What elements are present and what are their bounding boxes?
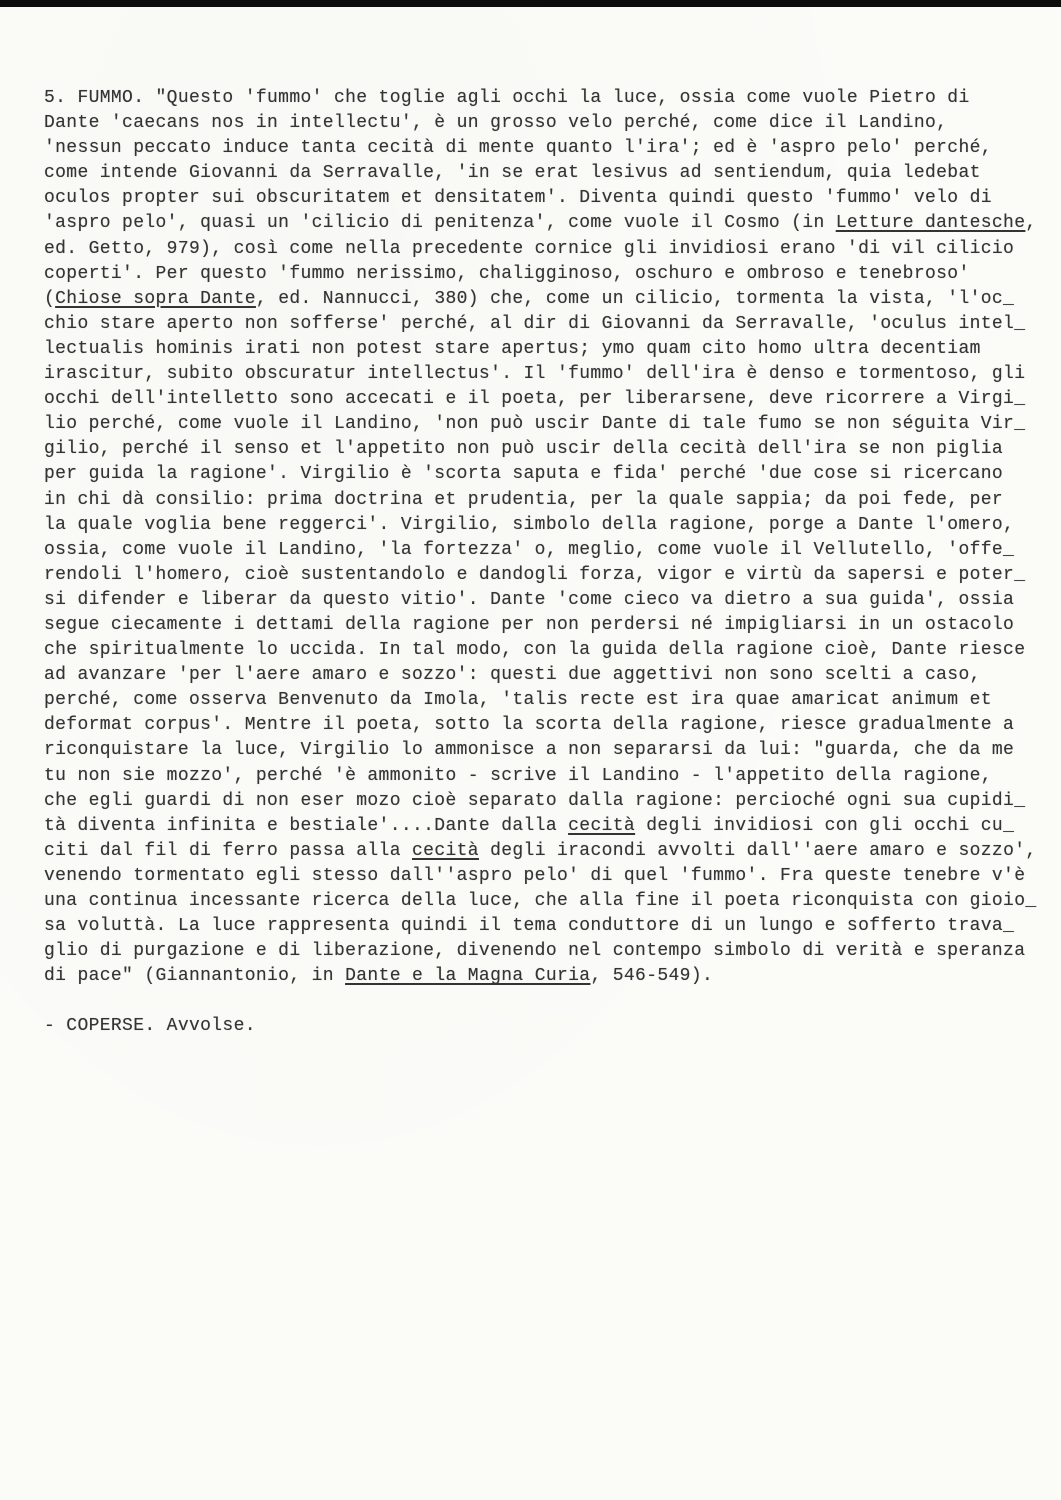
text-line: 'nessun peccato induce tanta cecità di m… [44, 136, 1049, 161]
text-segment: degli invidiosi con gli occhi cu_ [635, 816, 1014, 836]
text-line: lectualis hominis irati non potest stare… [44, 337, 1049, 362]
text-segment: la quale voglia bene reggerci'. Virgilio… [44, 515, 1014, 535]
document-lines: 5. FUMMO. "Questo 'fummo' che toglie agl… [44, 86, 1049, 989]
underlined-text: Letture dantesche [836, 213, 1026, 233]
text-line: di pace" (Giannantonio, in Dante e la Ma… [44, 964, 1049, 989]
text-segment: 'nessun peccato induce tanta cecità di m… [44, 138, 992, 158]
text-line: (Chiose sopra Dante, ed. Nannucci, 380) … [44, 287, 1049, 312]
underlined-text: Chiose sopra Dante [55, 289, 256, 309]
text-segment: tà diventa infinita e bestiale'....Dante… [44, 816, 568, 836]
text-segment: di pace" (Giannantonio, in [44, 966, 345, 986]
text-line: che egli guardi di non eser mozo cioè se… [44, 789, 1049, 814]
text-segment: come intende Giovanni da Serravalle, 'in… [44, 163, 981, 183]
text-segment: gilio, perché il senso et l'appetito non… [44, 439, 1003, 459]
text-line: citi dal fil di ferro passa alla cecità … [44, 839, 1049, 864]
text-line: deformat corpus'. Mentre il poeta, sotto… [44, 713, 1049, 738]
text-line: tà diventa infinita e bestiale'....Dante… [44, 814, 1049, 839]
text-segment: tu non sie mozzo', perché 'è ammonito - … [44, 766, 992, 786]
text-line: venendo tormentato egli stesso dall''asp… [44, 864, 1049, 889]
text-segment: chio stare aperto non sofferse' perché, … [44, 314, 1025, 334]
text-line: per guida la ragione'. Virgilio è 'scort… [44, 462, 1049, 487]
text-segment: ed. Getto, 979), così come nella precede… [44, 239, 1014, 259]
text-line: rendoli l'homero, cioè sustentandolo e d… [44, 563, 1049, 588]
text-line: sa voluttà. La luce rappresenta quindi i… [44, 914, 1049, 939]
text-segment: , [1025, 213, 1036, 233]
text-line: perché, come osserva Benvenuto da Imola,… [44, 688, 1049, 713]
text-line: ad avanzare 'per l'aere amaro e sozzo': … [44, 663, 1049, 688]
text-line: ossia, come vuole il Landino, 'la fortez… [44, 538, 1049, 563]
text-segment: 5. FUMMO. "Questo 'fummo' che toglie agl… [44, 88, 970, 108]
text-segment: 'aspro pelo', quasi un 'cilicio di penit… [44, 213, 836, 233]
text-line: oculos propter sui obscuritatem et densi… [44, 186, 1049, 211]
text-line: Dante 'caecans nos in intellectu', è un … [44, 111, 1049, 136]
underlined-text: cecità [412, 841, 479, 861]
text-segment: venendo tormentato egli stesso dall''asp… [44, 866, 1025, 886]
text-segment: che spiritualmente lo uccida. In tal mod… [44, 640, 1025, 660]
text-line: gilio, perché il senso et l'appetito non… [44, 437, 1049, 462]
text-segment: segue ciecamente i dettami della ragione… [44, 615, 1014, 635]
text-line: ed. Getto, 979), così come nella precede… [44, 237, 1049, 262]
text-segment: rendoli l'homero, cioè sustentandolo e d… [44, 565, 1025, 585]
text-segment: lio perché, come vuole il Landino, 'non … [44, 414, 1025, 434]
text-line: come intende Giovanni da Serravalle, 'in… [44, 161, 1049, 186]
text-segment: ad avanzare 'per l'aere amaro e sozzo': … [44, 665, 981, 685]
final-entry-line: - COPERSE. Avvolse. [44, 1014, 1049, 1039]
text-segment: coperti'. Per questo 'fummo nerissimo, c… [44, 264, 970, 284]
text-line: lio perché, come vuole il Landino, 'non … [44, 412, 1049, 437]
text-line: una continua incessante ricerca della lu… [44, 889, 1049, 914]
text-segment: si difender e liberar da questo vitio'. … [44, 590, 1014, 610]
text-segment: citi dal fil di ferro passa alla [44, 841, 412, 861]
text-segment: per guida la ragione'. Virgilio è 'scort… [44, 464, 1003, 484]
text-segment: glio di purgazione e di liberazione, div… [44, 941, 1025, 961]
text-segment: riconquistare la luce, Virgilio lo ammon… [44, 740, 1014, 760]
text-line: 'aspro pelo', quasi un 'cilicio di penit… [44, 211, 1049, 236]
text-segment: che egli guardi di non eser mozo cioè se… [44, 791, 1025, 811]
text-segment: oculos propter sui obscuritatem et densi… [44, 188, 992, 208]
text-segment: , 546-549). [590, 966, 713, 986]
text-segment: lectualis hominis irati non potest stare… [44, 339, 981, 359]
text-line: in chi dà consilio: prima doctrina et pr… [44, 488, 1049, 513]
document-page: 5. FUMMO. "Questo 'fummo' che toglie agl… [44, 86, 1049, 1040]
text-line: si difender e liberar da questo vitio'. … [44, 588, 1049, 613]
underlined-text: Dante e la Magna Curia [345, 966, 590, 986]
text-line: glio di purgazione e di liberazione, div… [44, 939, 1049, 964]
text-segment: irascitur, subito obscuratur intellectus… [44, 364, 1025, 384]
text-line: che spiritualmente lo uccida. In tal mod… [44, 638, 1049, 663]
text-segment: ossia, come vuole il Landino, 'la fortez… [44, 540, 1014, 560]
text-line: 5. FUMMO. "Questo 'fummo' che toglie agl… [44, 86, 1049, 111]
text-line: irascitur, subito obscuratur intellectus… [44, 362, 1049, 387]
text-segment: , ed. Nannucci, 380) che, come un cilici… [256, 289, 1014, 309]
text-line: chio stare aperto non sofferse' perché, … [44, 312, 1049, 337]
text-line: occhi dell'intelletto sono accecati e il… [44, 387, 1049, 412]
text-line: la quale voglia bene reggerci'. Virgilio… [44, 513, 1049, 538]
text-line: riconquistare la luce, Virgilio lo ammon… [44, 738, 1049, 763]
text-segment: ( [44, 289, 55, 309]
text-line: coperti'. Per questo 'fummo nerissimo, c… [44, 262, 1049, 287]
text-segment: sa voluttà. La luce rappresenta quindi i… [44, 916, 1014, 936]
text-segment: degli iracondi avvolti dall''aere amaro … [479, 841, 1037, 861]
text-segment: in chi dà consilio: prima doctrina et pr… [44, 490, 1003, 510]
scan-artifact-strip [0, 0, 1061, 7]
underlined-text: cecità [568, 816, 635, 836]
text-segment: Dante 'caecans nos in intellectu', è un … [44, 113, 947, 133]
text-segment: una continua incessante ricerca della lu… [44, 891, 1037, 911]
text-line: segue ciecamente i dettami della ragione… [44, 613, 1049, 638]
text-segment: deformat corpus'. Mentre il poeta, sotto… [44, 715, 1014, 735]
text-line: tu non sie mozzo', perché 'è ammonito - … [44, 764, 1049, 789]
text-segment: occhi dell'intelletto sono accecati e il… [44, 389, 1025, 409]
text-segment: perché, come osserva Benvenuto da Imola,… [44, 690, 992, 710]
